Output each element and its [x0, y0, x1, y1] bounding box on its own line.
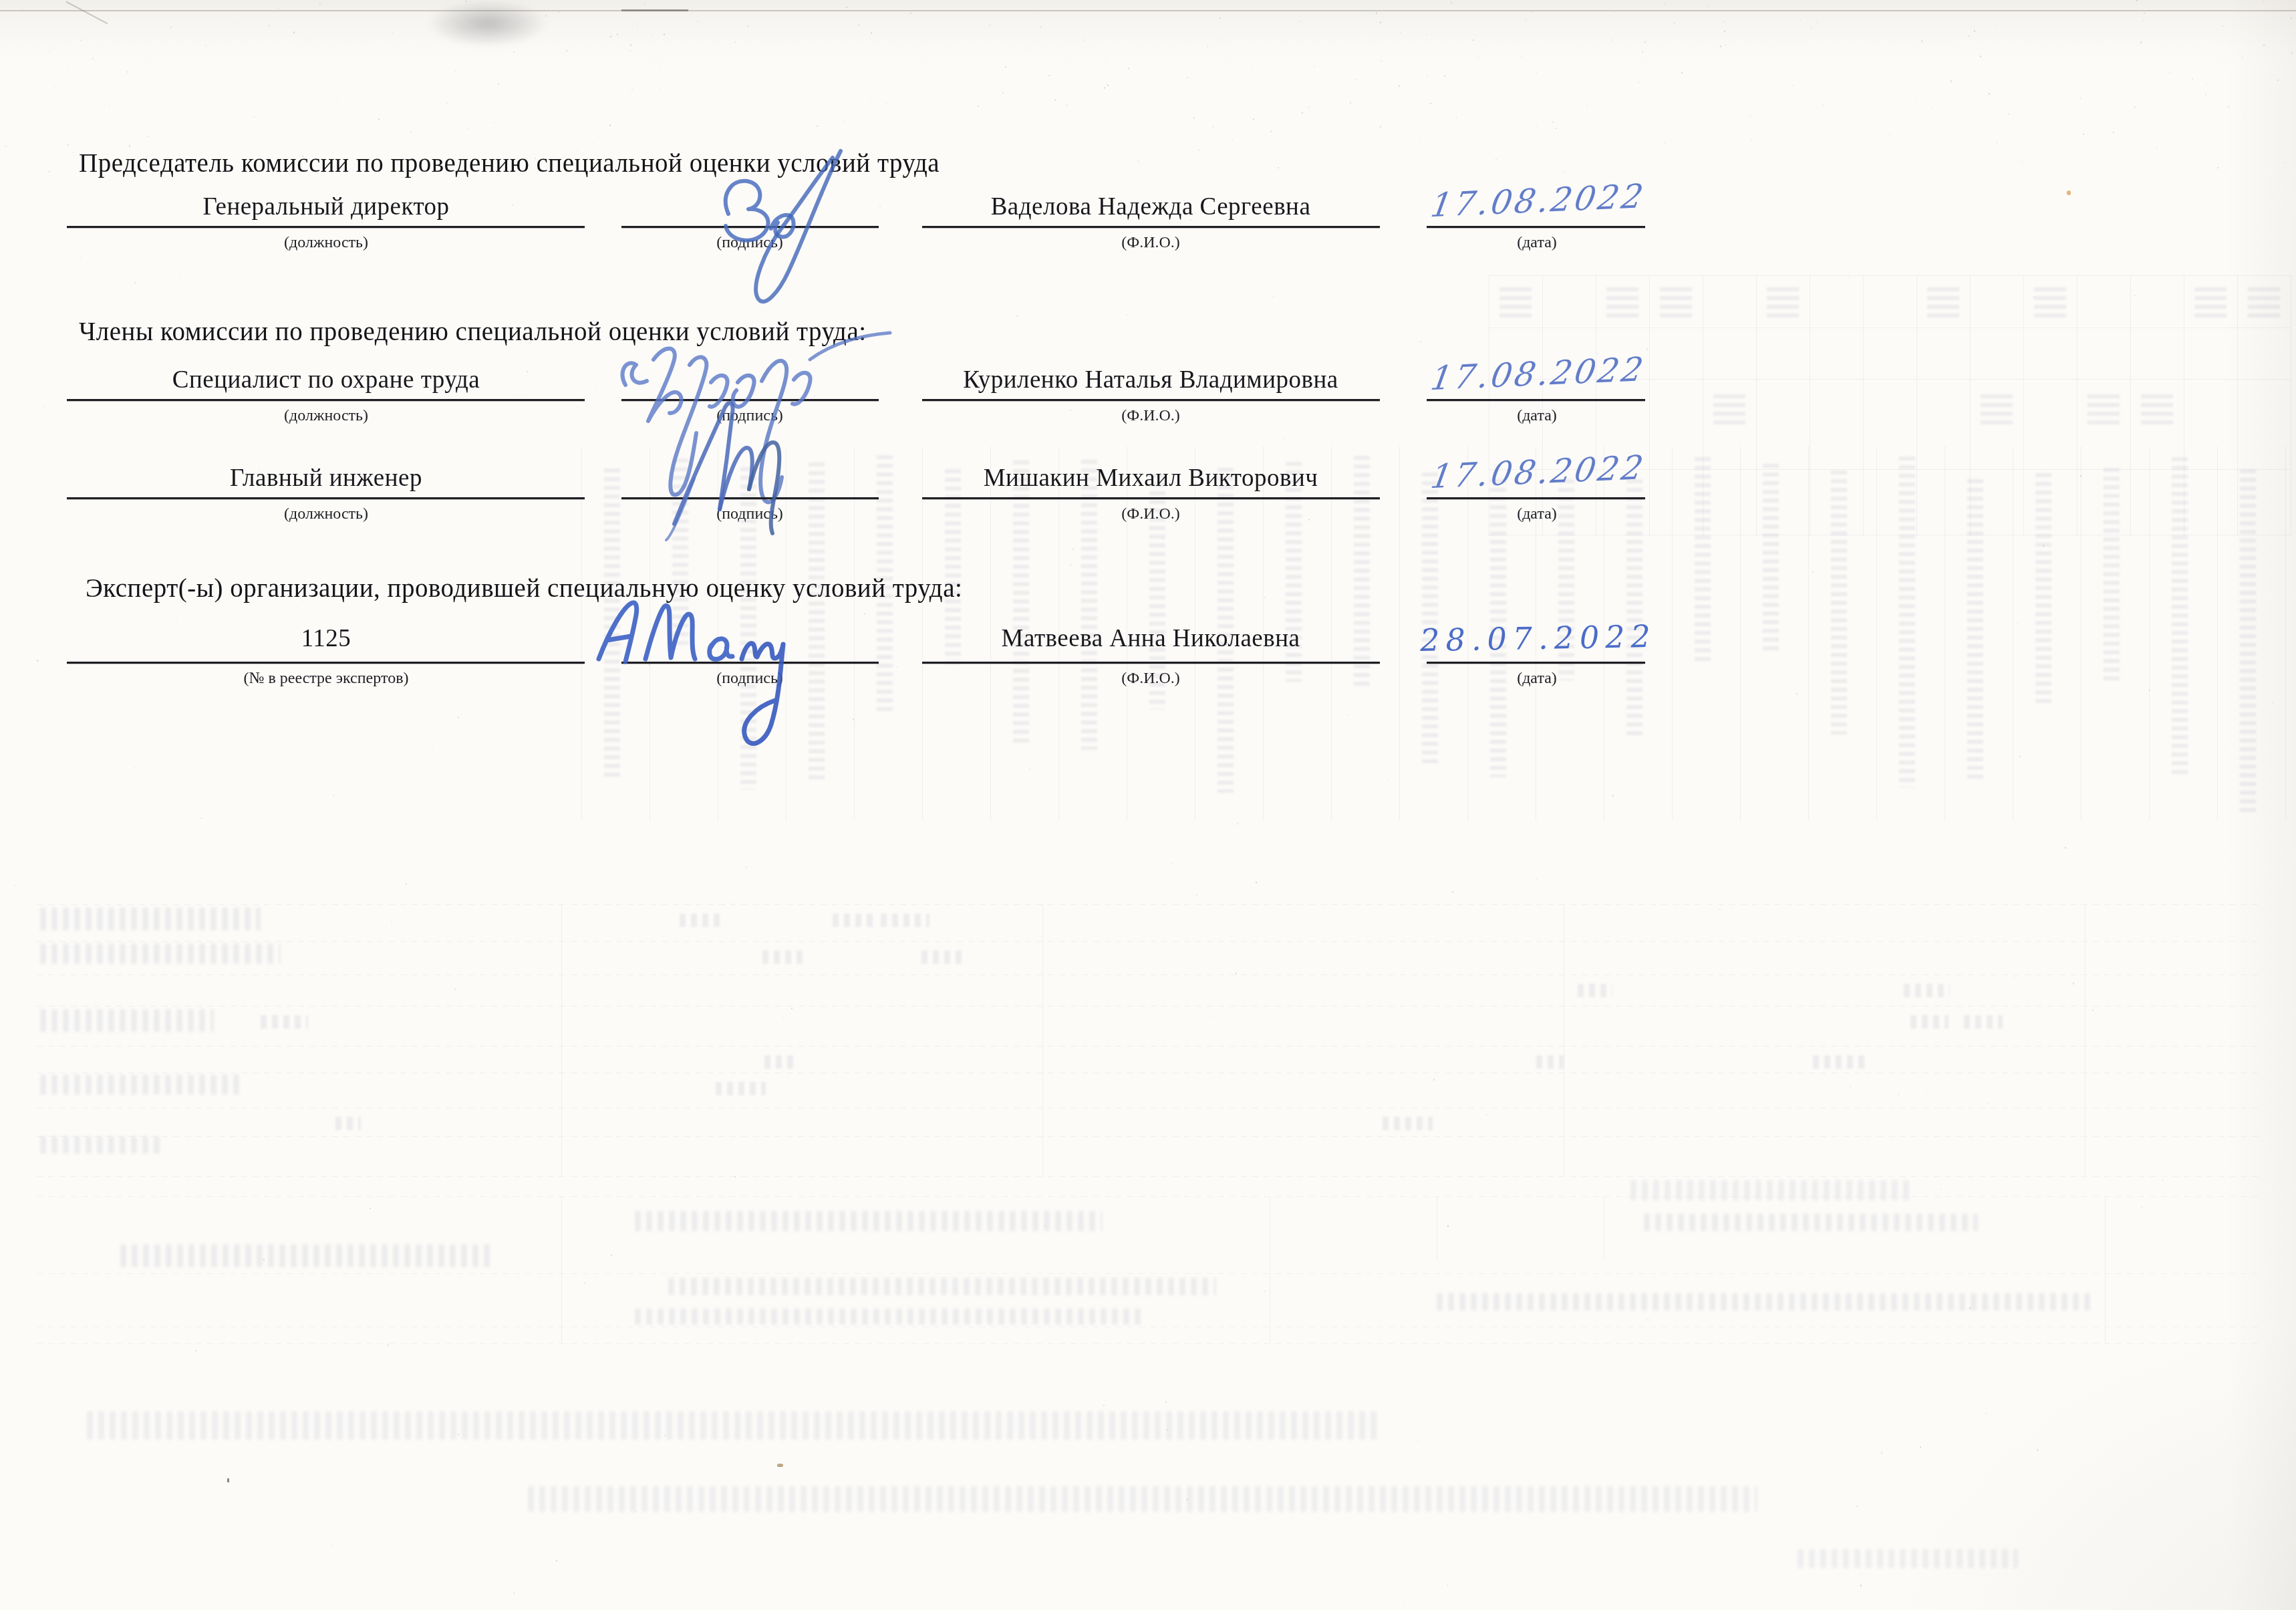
bleed-through-mark — [40, 944, 281, 964]
paper-speck — [1997, 142, 1997, 143]
bleed-through-mark — [1270, 1196, 1270, 1343]
paper-speck — [578, 132, 579, 133]
paper-speck — [1989, 93, 1990, 95]
bleed-through-mark — [1437, 1196, 1437, 1260]
paper-speck — [2008, 113, 2009, 115]
paper-speck — [1099, 159, 1099, 160]
bleed-through-mark — [1945, 446, 1945, 821]
paper-speck — [1719, 908, 1721, 910]
section-heading-expert: Эксперт(-ы) организации, проводившей спе… — [86, 573, 962, 603]
paper-speck — [1140, 163, 1141, 164]
paper-speck — [1926, 1093, 1927, 1094]
bleed-through-mark — [1499, 287, 1532, 318]
paper-speck — [1264, 1291, 1265, 1292]
bleed-through-mark — [2248, 287, 2280, 318]
paper-speck — [817, 126, 818, 127]
paper-speck — [1452, 891, 1453, 893]
paper-speck — [67, 92, 67, 93]
paper-speck — [68, 64, 69, 65]
paper-speck — [1302, 112, 1303, 114]
paper-speck — [1612, 39, 1612, 41]
signature-caption: (подпись) — [716, 670, 783, 688]
paper-speck — [1890, 134, 1890, 135]
paper-speck — [1628, 658, 1628, 659]
bleed-through-mark — [2285, 446, 2286, 821]
bleed-through-mark — [1810, 275, 1810, 536]
bleed-through-mark — [261, 1015, 308, 1029]
bleed-through-mark — [2013, 446, 2013, 821]
bleed-through-mark — [1703, 275, 1703, 536]
paper-speck — [2134, 295, 2136, 296]
paper-speck — [1207, 45, 1208, 47]
bleed-through-mark — [1916, 275, 1917, 536]
paper-speck — [1536, 878, 1537, 880]
paper-speck — [1783, 1414, 1784, 1414]
paper-speck — [1350, 102, 1351, 104]
paper-speck — [1213, 126, 1213, 128]
paper-speck — [269, 25, 270, 27]
paper-speck — [2206, 84, 2206, 85]
paper-speck — [849, 17, 850, 18]
paper-speck — [1716, 172, 1717, 173]
bleed-through-mark — [2141, 394, 2173, 425]
paper-speck — [1383, 400, 1384, 401]
paper-speck — [55, 86, 55, 87]
bleed-through-mark — [762, 950, 803, 964]
paper-speck — [1127, 314, 1127, 315]
paper-speck — [1604, 136, 1605, 137]
paper-speck — [1647, 1319, 1648, 1321]
paper-speck — [2284, 162, 2285, 163]
paper-speck — [1971, 37, 1971, 39]
paper-speck — [1681, 72, 1683, 74]
paper-speck — [1642, 51, 1643, 53]
paper-speck — [1387, 779, 1388, 780]
paper-speck — [2073, 982, 2074, 984]
bleed-through-mark — [40, 908, 261, 930]
paper-speck — [513, 51, 515, 53]
paper-speck — [466, 1, 467, 2]
paper-speck — [1400, 156, 1401, 157]
paper-speck — [1774, 156, 1775, 156]
paper-speck — [1044, 1225, 1046, 1226]
paper-speck — [1128, 68, 1129, 70]
paper-speck — [2268, 1254, 2269, 1255]
paper-speck — [1224, 109, 1225, 110]
scanned-document-page: Председатель комиссии по проведению спец… — [0, 0, 2296, 1610]
bleed-through-mark — [561, 904, 562, 1176]
paper-speck — [783, 1017, 784, 1019]
paper-speck — [1968, 35, 1969, 37]
paper-speck — [1476, 35, 1477, 35]
paper-speck — [676, 24, 676, 25]
paper-speck — [478, 132, 478, 133]
bleed-through-mark — [37, 1196, 2262, 1197]
paper-speck — [1563, 170, 1564, 172]
bleed-through-mark — [1626, 479, 1642, 735]
paper-speck — [2291, 17, 2292, 19]
bleed-through-mark — [1713, 394, 1745, 425]
bleed-through-mark — [1081, 460, 1097, 750]
paper-speck — [1817, 21, 1818, 23]
paper-speck — [2162, 1180, 2164, 1181]
paper-speck — [698, 21, 698, 22]
paper-speck — [2168, 188, 2168, 188]
paper-speck — [846, 7, 847, 8]
paper-speck — [1199, 84, 1199, 84]
paper-speck — [1943, 1107, 1943, 1108]
paper-speck — [520, 395, 521, 396]
paper-speck — [1803, 96, 1804, 96]
bleed-through-mark — [120, 1244, 494, 1267]
paper-speck — [664, 1435, 666, 1436]
bleed-through-mark — [1904, 984, 1950, 997]
paper-speck — [1420, 341, 1421, 342]
paper-speck — [1040, 26, 1041, 28]
paper-speck — [885, 103, 887, 104]
paper-speck — [1811, 27, 1812, 29]
paper-speck — [630, 44, 631, 46]
bleed-through-mark — [1763, 464, 1779, 653]
paper-speck — [1104, 87, 1105, 89]
paper-speck — [1381, 60, 1382, 62]
paper-speck — [1421, 138, 1421, 139]
paper-speck — [2222, 25, 2224, 27]
paper-speck — [1196, 894, 1197, 896]
paper-speck — [1193, 117, 1195, 119]
paper-speck — [1162, 538, 1163, 539]
name-caption: (Ф.И.О.) — [1121, 670, 1180, 688]
paper-speck — [905, 726, 905, 727]
bleed-through-mark — [2077, 275, 2077, 536]
section-heading-members: Члены комиссии по проведению специальной… — [79, 317, 867, 347]
bleed-through-mark — [561, 1196, 562, 1343]
paper-speck — [1785, 338, 1786, 339]
paper-speck — [2037, 1449, 2038, 1451]
paper-speck — [512, 204, 513, 206]
paper-speck — [134, 767, 135, 768]
bleed-through-mark — [1899, 456, 1915, 787]
paper-speck — [2263, 134, 2264, 134]
paper-speck — [1612, 795, 1614, 797]
position-caption: (должность) — [284, 407, 368, 425]
paper-speck — [201, 131, 202, 132]
paper-speck — [1916, 97, 1917, 98]
scan-line — [0, 10, 2296, 11]
paper-speck — [1771, 27, 1771, 28]
paper-speck — [791, 1008, 793, 1009]
paper-speck — [1427, 75, 1427, 76]
paper-speck — [611, 1254, 612, 1256]
paper-speck — [67, 144, 69, 146]
paper-speck — [643, 81, 644, 82]
bleed-through-mark — [37, 904, 2262, 905]
bleed-through-mark — [581, 446, 582, 821]
signature-line — [621, 497, 879, 499]
paper-speck — [1404, 1604, 1405, 1605]
date-caption: (дата) — [1517, 407, 1557, 425]
bleed-through-mark — [1422, 473, 1438, 765]
paper-speck — [200, 817, 202, 819]
bleed-through-mark — [922, 446, 923, 821]
paper-speck — [1433, 1079, 1435, 1081]
paper-speck — [109, 105, 110, 106]
position-label: Специалист по охране труда — [172, 366, 480, 394]
paper-speck — [331, 9, 331, 10]
paper-speck — [1444, 76, 1445, 77]
paper-speck — [454, 70, 455, 72]
paper-speck — [1614, 165, 1614, 166]
paper-speck — [195, 1350, 196, 1351]
paper-speck — [179, 274, 180, 275]
paper-speck — [1623, 78, 1624, 79]
paper-speck — [2205, 94, 2206, 96]
paper-speck — [1638, 82, 1639, 83]
paper-speck — [1252, 70, 1253, 70]
bleed-through-mark — [2237, 275, 2238, 536]
paper-speck — [1380, 21, 1381, 23]
bleed-through-mark — [1964, 1015, 2003, 1029]
bleed-through-mark — [2149, 446, 2150, 821]
paper-speck — [858, 1056, 859, 1057]
paper-speck — [2149, 690, 2150, 691]
paper-speck — [49, 51, 50, 52]
paper-speck — [1976, 847, 1977, 848]
bleed-through-mark — [37, 1006, 2262, 1007]
paper-speck — [2033, 296, 2035, 297]
paper-speck — [43, 406, 44, 407]
paper-speck — [295, 607, 297, 608]
paper-speck — [1495, 158, 1497, 160]
paper-speck — [1489, 1443, 1489, 1444]
bleed-through-mark — [2034, 287, 2066, 318]
paper-speck — [1665, 142, 1666, 144]
paper-speck — [1724, 30, 1725, 32]
paper-speck — [1532, 10, 1533, 12]
paper-speck — [1674, 23, 1675, 25]
bleed-through-mark — [37, 974, 2262, 975]
paper-speck — [1898, 1094, 1899, 1095]
bleed-through-mark — [1695, 457, 1711, 666]
paper-speck — [2192, 78, 2193, 80]
paper-speck — [1792, 85, 1793, 86]
bleed-through-mark — [2130, 275, 2131, 536]
paper-speck — [617, 33, 618, 35]
paper-speck — [333, 795, 334, 796]
paper-speck — [1376, 12, 1377, 14]
paper-speck — [1426, 34, 1427, 35]
bleed-through-mark — [37, 1136, 2262, 1137]
signature-line — [621, 399, 879, 401]
bleed-through-mark — [1564, 904, 1564, 1176]
paper-speck — [645, 1015, 646, 1017]
paper-speck — [1232, 140, 1233, 140]
paper-speck — [1856, 1506, 1858, 1507]
paper-speck — [1521, 55, 1522, 57]
paper-speck — [2019, 160, 2019, 160]
paper-speck — [1213, 1016, 1214, 1017]
scratch-mark — [66, 1, 108, 25]
signature-caption: (подпись) — [716, 407, 783, 425]
bleed-through-mark — [1606, 287, 1638, 318]
signature-caption: (подпись) — [716, 505, 783, 523]
name-line — [922, 662, 1380, 664]
bleed-through-mark — [37, 1273, 2262, 1274]
bleed-through-mark — [1927, 287, 1959, 318]
paper-speck — [942, 1581, 943, 1581]
bleed-through-mark — [1042, 904, 1043, 1176]
paper-speck — [2169, 72, 2170, 74]
paper-speck — [1499, 1361, 1500, 1363]
paper-speck — [1586, 105, 1588, 106]
paper-speck — [2113, 132, 2114, 133]
position-label: Генеральный директор — [202, 192, 449, 221]
paper-speck — [2291, 52, 2293, 54]
bleed-through-mark — [1536, 1055, 1564, 1069]
paper-speck — [1399, 85, 1400, 87]
paper-speck — [1002, 92, 1004, 94]
paper-speck — [2143, 20, 2144, 21]
paper-speck — [253, 116, 255, 118]
date-caption: (дата) — [1517, 670, 1557, 688]
paper-speck — [1046, 697, 1046, 698]
bleed-through-mark — [1967, 479, 1983, 781]
bleed-through-mark — [990, 446, 991, 821]
bleed-through-mark — [40, 1009, 214, 1032]
paper-speck — [129, 145, 130, 147]
paper-speck — [1103, 1405, 1105, 1406]
bleed-through-mark — [1740, 446, 1741, 821]
paper-speck — [338, 74, 339, 76]
paper-speck — [1070, 410, 1071, 411]
paper-speck — [1253, 118, 1254, 120]
paper-speck — [584, 1283, 585, 1284]
paper-speck — [49, 170, 50, 172]
paper-speck — [446, 102, 448, 104]
bleed-through-mark — [2081, 446, 2082, 821]
paper-speck — [861, 1551, 862, 1551]
paper-speck — [1796, 693, 1798, 695]
paper-speck — [1198, 149, 1199, 151]
bleed-through-mark — [1489, 535, 2291, 535]
paper-speck — [978, 106, 979, 107]
bleed-through-mark — [764, 1055, 795, 1069]
paper-speck — [610, 35, 611, 37]
bleed-through-mark — [1910, 1015, 1949, 1029]
paper-speck — [871, 100, 871, 102]
paper-speck — [2152, 362, 2152, 362]
paper-speck — [1749, 116, 1751, 118]
paper-speck — [1237, 823, 1238, 825]
paper-speck — [724, 904, 725, 905]
paper-speck — [636, 1511, 637, 1512]
date-caption: (дата) — [1517, 505, 1557, 523]
paper-speck — [1526, 19, 1526, 20]
paper-speck — [67, 469, 67, 470]
paper-speck — [1556, 128, 1557, 129]
paper-speck — [1165, 1401, 1167, 1403]
paper-speck — [746, 866, 747, 868]
paper-speck — [557, 41, 557, 43]
paper-speck — [1355, 79, 1356, 80]
bleed-through-mark — [2291, 275, 2291, 536]
signature-caption: (подпись) — [716, 234, 783, 252]
bleed-through-mark — [2035, 473, 2051, 704]
paper-speck — [1850, 1086, 1851, 1087]
paper-speck — [410, 131, 412, 132]
paper-speck — [1380, 126, 1381, 128]
paper-speck — [736, 1225, 737, 1226]
paper-speck — [1171, 862, 1172, 864]
paper-speck — [1478, 56, 1479, 57]
paper-speck — [1812, 571, 1814, 573]
paper-speck — [197, 914, 198, 916]
paper-speck — [1308, 519, 1310, 521]
paper-speck — [388, 1344, 389, 1346]
bleed-through-mark — [2240, 469, 2256, 815]
paper-speck — [794, 255, 795, 256]
paper-speck — [237, 23, 238, 24]
paper-speck — [735, 379, 736, 380]
signature-line — [621, 226, 879, 228]
paper-speck — [1936, 163, 1936, 164]
bleed-through-mark — [1798, 1549, 2018, 1568]
paper-speck — [2013, 965, 2014, 966]
paper-speck — [205, 45, 206, 47]
bleed-through-mark — [1354, 456, 1370, 690]
paper-speck — [2087, 1341, 2088, 1342]
paper-speck — [748, 25, 749, 27]
date-caption: (дата) — [1517, 234, 1557, 252]
paper-speck — [780, 188, 781, 188]
bleed-through-mark — [2023, 275, 2024, 536]
paper-speck — [664, 33, 665, 35]
paper-speck — [919, 5, 920, 5]
paper-speck — [843, 121, 844, 122]
bleed-through-mark — [528, 1486, 1757, 1512]
bleed-through-mark — [1604, 1196, 1604, 1260]
paper-speck — [80, 257, 81, 258]
paper-speck — [1299, 21, 1300, 22]
bleed-through-mark — [786, 446, 786, 821]
paper-speck — [263, 1258, 265, 1260]
person-name: Матвеева Анна Николаевна — [1002, 624, 1300, 653]
person-name: Мишакин Михаил Викторович — [984, 464, 1318, 493]
paper-speck — [2092, 1010, 2094, 1011]
date-line — [1427, 226, 1645, 228]
paper-speck — [73, 152, 74, 153]
bleed-through-mark — [1630, 1180, 1911, 1200]
bleed-through-mark — [2217, 446, 2218, 821]
bleed-through-mark — [1013, 460, 1029, 743]
paper-speck — [1447, 1225, 1449, 1227]
position-caption: (должность) — [284, 234, 368, 252]
paper-speck — [563, 382, 564, 382]
bleed-through-mark — [2088, 394, 2120, 425]
dark-speck — [227, 1478, 229, 1482]
paper-speck — [2022, 161, 2023, 162]
bleed-through-mark — [37, 1176, 2262, 1177]
paper-speck — [1022, 509, 1023, 509]
paper-speck — [1138, 160, 1139, 162]
paper-speck — [814, 396, 815, 397]
paper-speck — [1751, 139, 1751, 140]
paper-speck — [1005, 66, 1006, 68]
paper-speck — [910, 13, 911, 14]
bleed-through-mark — [37, 1046, 2262, 1047]
paper-speck — [493, 122, 494, 123]
paper-speck — [127, 71, 128, 73]
